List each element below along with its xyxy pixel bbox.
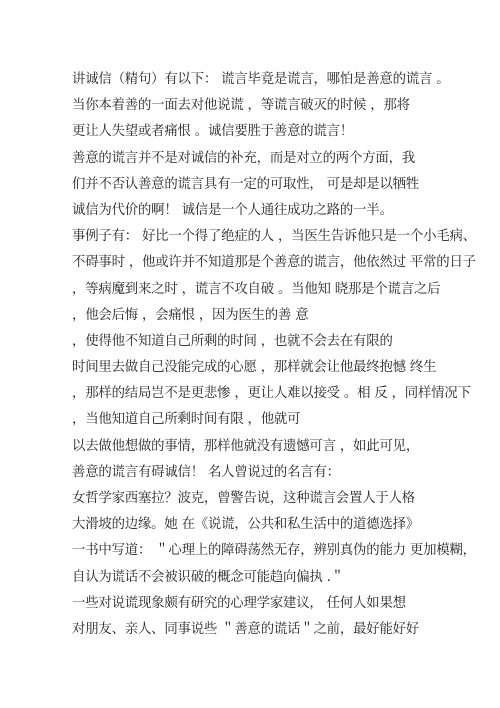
text-line: 时间里去做自己没能完成的心愿 ，那样就会让他最终抱憾 终生 xyxy=(72,355,492,381)
text-line: 当你本着善的一面去对他说谎 ，等谎言破灭的时候 ，那将 xyxy=(72,93,492,119)
text-line: 对朋友、亲人、同事说些 ＂善意的谎话＂之前，最好能好好 xyxy=(72,617,492,643)
text-line: ，当他知道自己所剩时间有限 ，他就可 xyxy=(72,407,492,433)
text-line: ，那样的结局岂不是更悲惨 ，更让人难以接受 。相 反 ，同样情况下 xyxy=(72,381,492,407)
text-line: 更让人失望或者痛恨 。诚信要胜于善意的谎言！ xyxy=(72,119,492,145)
text-line: 事例子有： 好比一个得了绝症的人 ，当医生告诉他只是一个小毛病、 xyxy=(72,224,492,250)
text-line: 一些对说谎现象颇有研究的心理学家建议， 任何人如果想 xyxy=(72,591,492,617)
text-line: 自认为谎话不会被识破的概念可能趋向偏执 .＂ xyxy=(72,565,492,591)
text-line: ，等病魔到来之时 ，谎言不攻自破 。当他知 晓那是个谎言之后 xyxy=(72,277,492,303)
text-line: 不碍事时 ，他或许并不知道那是个善意的谎言，他依然过 平常的日子 xyxy=(72,250,492,276)
text-line: 讲诚信（精句）有以下： 谎言毕竟是谎言，哪怕是善意的谎言 。 xyxy=(72,67,492,93)
text-line: 诚信为代价的啊！ 诚信是一个人通往成功之路的一半。 xyxy=(72,198,492,224)
text-line: ，使得他不知道自己所剩的时间 ，也就不会去在有限的 xyxy=(72,329,492,355)
document-body: 讲诚信（精句）有以下： 谎言毕竟是谎言，哪怕是善意的谎言 。 当你本着善的一面去… xyxy=(72,67,492,643)
text-line: 一书中写道： ＂心理上的障碍荡然无存，辨别真伪的能力 更加模糊， xyxy=(72,538,492,564)
text-line: 们并不否认善意的谎言具有一定的可取性， 可是却是以牺牲 xyxy=(72,172,492,198)
text-line: 以去做他想做的事情，那样他就没有遗憾可言 ，如此可见， xyxy=(72,434,492,460)
text-line: 大滑坡的边缘。她 在《说谎，公共和私生活中的道德选择》 xyxy=(72,512,492,538)
text-line: 善意的谎言并不是对诚信的补充，而是对立的两个方面，我 xyxy=(72,146,492,172)
text-line: ，他会后悔 ，会痛恨 ，因为医生的善 意 xyxy=(72,303,492,329)
text-line: 善意的谎言有碍诚信！ 名人曾说过的名言有： xyxy=(72,460,492,486)
document-page: 讲诚信（精句）有以下： 谎言毕竟是谎言，哪怕是善意的谎言 。 当你本着善的一面去… xyxy=(0,0,500,708)
text-line: 女哲学家西塞拉？波克，曾警告说，这种谎言会置人于人格 xyxy=(72,486,492,512)
